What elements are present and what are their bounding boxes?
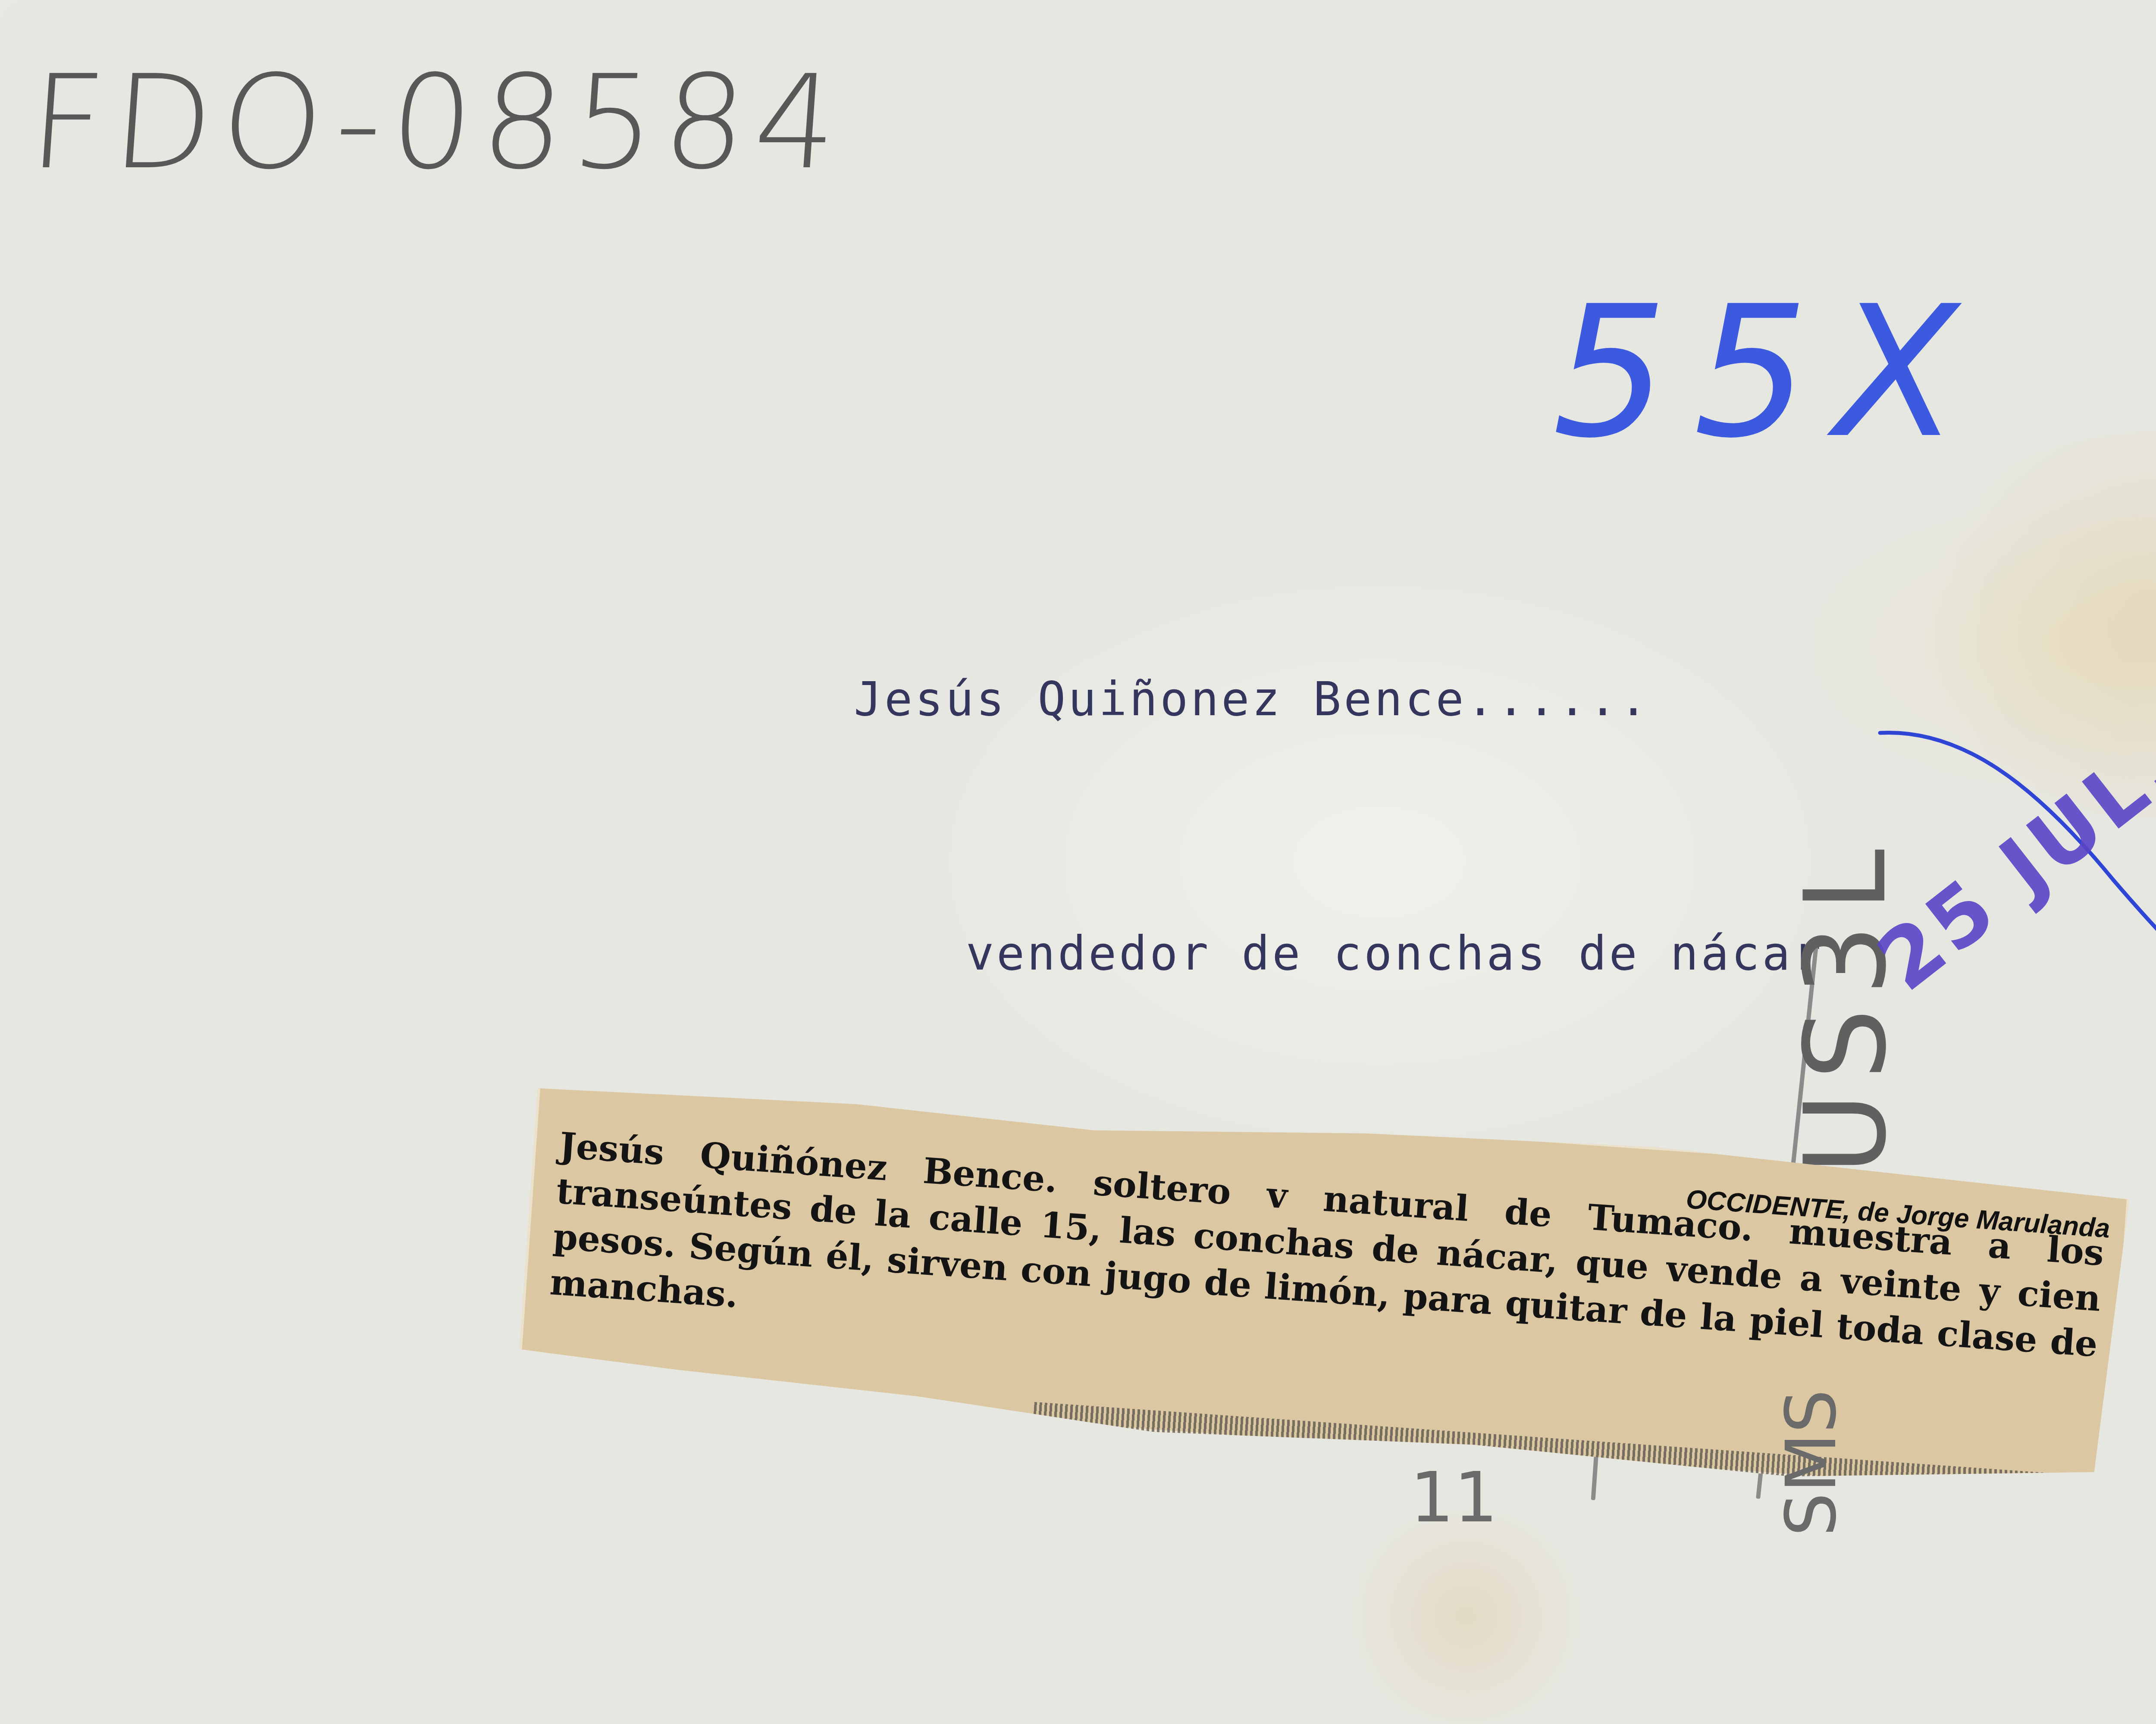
archive-code: FDO-08584: [25, 47, 851, 198]
pencil-bottom-mark: SMS: [1771, 1389, 1852, 1536]
pencil-bottom-mark: 11: [1410, 1457, 1498, 1538]
halftone-edge: [1033, 1402, 2067, 1496]
blue-handwritten-mark: 55X: [1552, 267, 1984, 478]
photo-verso: FDO-08584 420-2 55X Jesús Quiñonez Bence…: [0, 0, 2156, 1724]
typed-caption-description: vendedor de conchas de nácar: [966, 927, 1824, 981]
foxing-stain: [1337, 1509, 1595, 1724]
typed-caption-name: Jesús Quiñonez Bence......: [854, 673, 1650, 726]
